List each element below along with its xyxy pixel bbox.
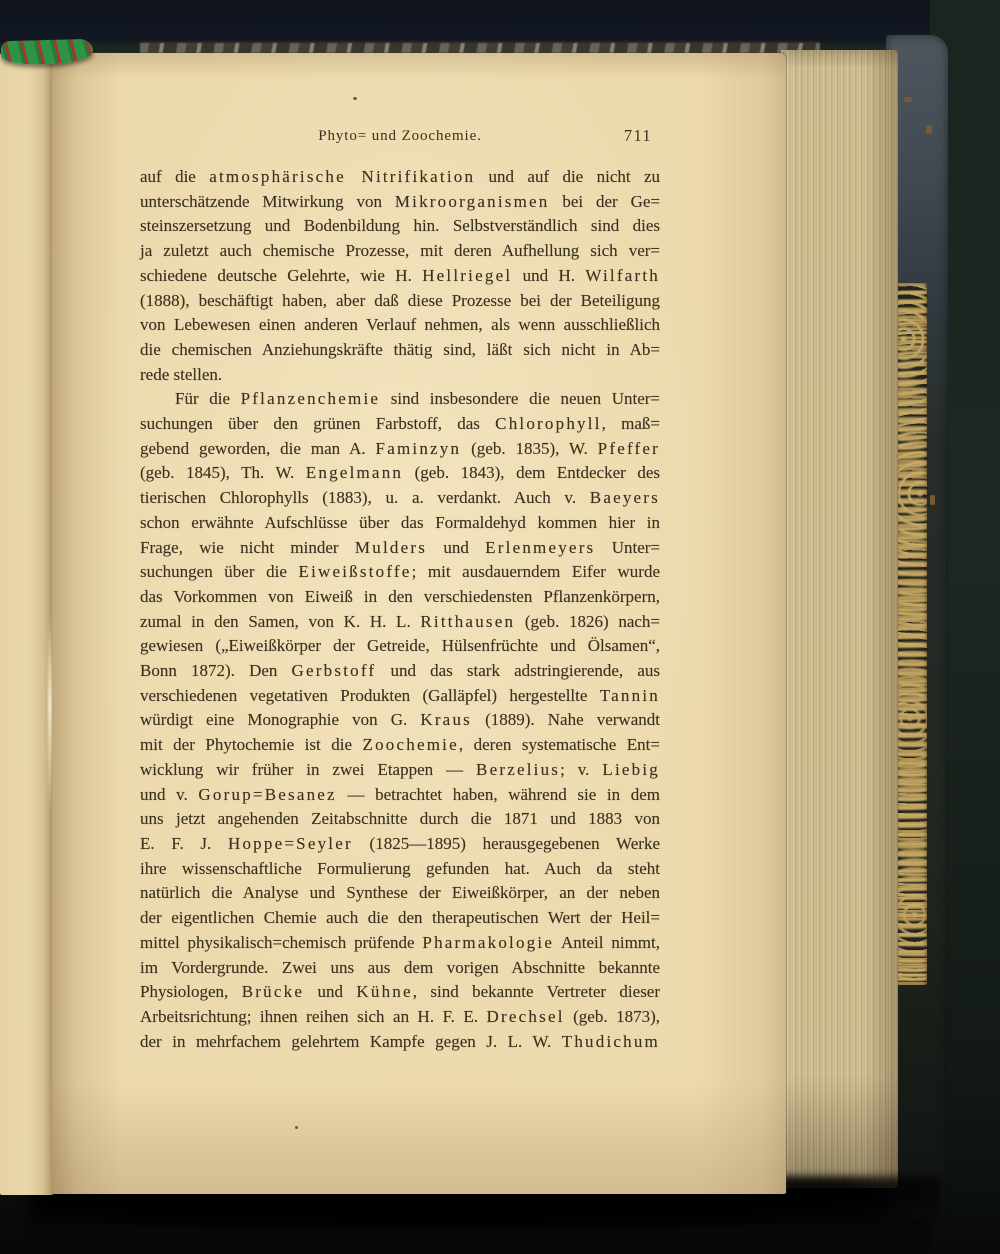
- text-run: (geb. 1845), Th. W.: [140, 463, 306, 482]
- letterspaced-text: Brücke: [242, 982, 304, 1001]
- text-line: natürlich die Analyse und Synthese der E…: [140, 881, 660, 906]
- text-line: mittel physikalisch=chemisch prüfende Ph…: [140, 931, 660, 956]
- text-run: unterschätzende Mitwirkung von: [140, 192, 395, 211]
- text-run: und v.: [140, 785, 198, 804]
- letterspaced-text: Hoppe=Seyler: [228, 834, 353, 853]
- text-run: zumal in den Samen, von K. H. L.: [140, 612, 420, 631]
- marbled-paper-strip: [896, 283, 927, 985]
- text-run: (1889). Nahe verwandt: [472, 710, 660, 729]
- text-line: ihre wissenschaftliche Formulierung gefu…: [140, 857, 660, 882]
- letterspaced-text: Baeyers: [590, 488, 660, 507]
- text-run: und H.: [512, 266, 585, 285]
- letterspaced-text: Thudichum: [562, 1032, 660, 1051]
- text-run: (1888), beschäftigt haben, aber daß dies…: [140, 291, 660, 310]
- text-line: suchungen über die Eiweißstoffe; mit aus…: [140, 560, 660, 585]
- text-line: Frage, wie nicht minder Mulders und Erle…: [140, 536, 660, 561]
- text-run: tierischen Chlorophylls (1883), u. a. ve…: [140, 488, 590, 507]
- text-run: (geb. 1873),: [565, 1007, 660, 1026]
- book-page: Phyto= und Zoochemie. 711 auf die atmosp…: [52, 53, 786, 1194]
- text-line: gewiesen („Eiweißkörper der Getreide, Hü…: [140, 634, 660, 659]
- letterspaced-text: Kühne: [356, 982, 412, 1001]
- text-line: gebend geworden, die man A. Faminzyn (ge…: [140, 437, 660, 462]
- text-run: mittel physikalisch=chemisch prüfende: [140, 933, 422, 952]
- letterspaced-text: Faminzyn: [376, 439, 462, 458]
- letterspaced-text: Mulders: [355, 538, 427, 557]
- text-line: rede stellen.: [140, 363, 660, 388]
- text-body: auf die atmosphärische Nitrifikation und…: [140, 165, 660, 1054]
- letterspaced-text: Tannin: [600, 686, 660, 705]
- text-line: auf die atmosphärische Nitrifikation und…: [140, 165, 660, 190]
- text-run: (geb. 1843), dem Entdecker des: [403, 463, 660, 482]
- text-line: von Lebewesen einen anderen Verlauf nehm…: [140, 313, 660, 338]
- book-photo-scene: Phyto= und Zoochemie. 711 auf die atmosp…: [0, 0, 1000, 1254]
- text-run: die chemischen Anziehungskräfte thätig s…: [140, 340, 660, 359]
- text-line: unterschätzende Mitwirkung von Mikroorga…: [140, 190, 660, 215]
- letterspaced-text: Drechsel: [487, 1007, 565, 1026]
- letterspaced-text: Berzelius: [476, 760, 560, 779]
- text-run: Physiologen,: [140, 982, 242, 1001]
- text-run: Arbeitsrichtung; ihnen reihen sich an H.…: [140, 1007, 487, 1026]
- text-run: gebend geworden, die man A.: [140, 439, 376, 458]
- text-run: das Vorkommen von Eiweiß in den verschie…: [140, 587, 660, 606]
- text-run: und auf die nicht zu: [475, 167, 660, 186]
- letterspaced-text: Zoochemie: [363, 735, 459, 754]
- text-line: der eigentlichen Chemie auch die den the…: [140, 906, 660, 931]
- text-run: Anteil nimmt,: [554, 933, 660, 952]
- text-line: suchungen über den grünen Farbstoff, das…: [140, 412, 660, 437]
- cover-fleck: [930, 495, 935, 505]
- letterspaced-text: Pflanzenchemie: [241, 389, 381, 408]
- letterspaced-text: Chlorophyll: [495, 414, 601, 433]
- text-line: tierischen Chlorophylls (1883), u. a. ve…: [140, 486, 660, 511]
- letterspaced-text: Liebig: [602, 760, 660, 779]
- text-line: uns jetzt angehenden Zeitabschnitte durc…: [140, 807, 660, 832]
- text-run: Frage, wie nicht minder: [140, 538, 355, 557]
- text-run: uns jetzt angehenden Zeitabschnitte durc…: [140, 809, 660, 828]
- text-run: auf die: [140, 167, 209, 186]
- letterspaced-text: Gorup=Besanez: [198, 785, 336, 804]
- letterspaced-text: Wilfarth: [585, 266, 660, 285]
- text-run: von Lebewesen einen anderen Verlauf nehm…: [140, 315, 660, 334]
- text-run: ; mit ausdauerndem Eifer wurde: [412, 562, 660, 581]
- text-run: der in mehrfachem gelehrtem Kampfe gegen…: [140, 1032, 562, 1051]
- ink-speck: [353, 97, 357, 100]
- letterspaced-text: Gerbstoff: [292, 661, 377, 680]
- text-run: (geb. 1835), W.: [461, 439, 597, 458]
- text-run: (1825—1895) herausgegebenen Werke: [353, 834, 660, 853]
- text-line: schon erwähnte Aufschlüsse über das Form…: [140, 511, 660, 536]
- text-run: der eigentlichen Chemie auch die den the…: [140, 908, 660, 927]
- text-line: (geb. 1845), Th. W. Engelmann (geb. 1843…: [140, 461, 660, 486]
- text-line: E. F. J. Hoppe=Seyler (1825—1895) heraus…: [140, 832, 660, 857]
- text-run: schiedene deutsche Gelehrte, wie H.: [140, 266, 422, 285]
- text-run: Unter=: [595, 538, 660, 557]
- text-run: und: [427, 538, 485, 557]
- letterspaced-text: Erlenmeyers: [485, 538, 595, 557]
- text-run: im Vordergrunde. Zwei uns aus dem vorige…: [140, 958, 660, 977]
- letterspaced-text: Pharmakologie: [422, 933, 554, 952]
- letterspaced-text: Eiweißstoffe: [298, 562, 411, 581]
- text-run: ja zuletzt auch chemische Prozesse, mit …: [140, 241, 660, 260]
- text-run: — betrachtet haben, während sie in dem: [337, 785, 660, 804]
- text-run: , sind bekannte Vertreter dieser: [413, 982, 660, 1001]
- text-line: und v. Gorup=Besanez — betrachtet haben,…: [140, 783, 660, 808]
- ink-speck: [295, 1126, 298, 1129]
- text-line: der in mehrfachem gelehrtem Kampfe gegen…: [140, 1030, 660, 1055]
- text-line: das Vorkommen von Eiweiß in den verschie…: [140, 585, 660, 610]
- text-run: ihre wissenschaftliche Formulierung gefu…: [140, 859, 660, 878]
- text-line: mit der Phytochemie ist die Zoochemie, d…: [140, 733, 660, 758]
- text-line: schiedene deutsche Gelehrte, wie H. Hell…: [140, 264, 660, 289]
- text-run: ; v.: [560, 760, 602, 779]
- letterspaced-text: Pfeffer: [598, 439, 660, 458]
- text-line: Physiologen, Brücke und Kühne, sind beka…: [140, 980, 660, 1005]
- text-line: zumal in den Samen, von K. H. L. Ritthau…: [140, 610, 660, 635]
- page-number: 711: [624, 124, 652, 148]
- text-line: Für die Pflanzenchemie sind insbesondere…: [140, 387, 660, 412]
- text-run: , maß=: [602, 414, 660, 433]
- text-run: Bonn 1872). Den: [140, 661, 292, 680]
- letterspaced-text: atmosphärische Nitrifikation: [209, 167, 475, 186]
- running-head-title: Phyto= und Zoochemie.: [140, 124, 660, 148]
- text-run: steinszersetzung und Bodenbildung hin. S…: [140, 216, 660, 235]
- text-run: mit der Phytochemie ist die: [140, 735, 363, 754]
- text-line: verschiedenen vegetativen Produkten (Gal…: [140, 684, 660, 709]
- text-line: die chemischen Anziehungskräfte thätig s…: [140, 338, 660, 363]
- letterspaced-text: Mikroorganismen: [395, 192, 550, 211]
- text-run: sind insbesondere die neuen Unter=: [380, 389, 660, 408]
- text-line: (1888), beschäftigt haben, aber daß dies…: [140, 289, 660, 314]
- text-run: Für die: [175, 389, 241, 408]
- text-line: Bonn 1872). Den Gerbstoff und das stark …: [140, 659, 660, 684]
- text-run: bei der Ge=: [550, 192, 661, 211]
- text-line: würdigt eine Monographie von G. Kraus (1…: [140, 708, 660, 733]
- text-run: gewiesen („Eiweißkörper der Getreide, Hü…: [140, 636, 660, 655]
- cover-fleck: [904, 97, 912, 102]
- letterspaced-text: Engelmann: [306, 463, 403, 482]
- letterspaced-text: Kraus: [420, 710, 472, 729]
- text-run: E. F. J.: [140, 834, 228, 853]
- text-line: Arbeitsrichtung; ihnen reihen sich an H.…: [140, 1005, 660, 1030]
- text-run: verschiedenen vegetativen Produkten (Gal…: [140, 686, 600, 705]
- running-head: Phyto= und Zoochemie. 711: [140, 124, 660, 148]
- text-run: natürlich die Analyse und Synthese der E…: [140, 883, 660, 902]
- text-run: suchungen über die: [140, 562, 298, 581]
- text-line: im Vordergrunde. Zwei uns aus dem vorige…: [140, 956, 660, 981]
- text-run: rede stellen.: [140, 365, 222, 384]
- text-run: schon erwähnte Aufschlüsse über das Form…: [140, 513, 660, 532]
- cover-fleck: [926, 125, 932, 134]
- letterspaced-text: Hellriegel: [422, 266, 512, 285]
- letterspaced-text: Ritthausen: [420, 612, 515, 631]
- text-line: ja zuletzt auch chemische Prozesse, mit …: [140, 239, 660, 264]
- text-run: und: [304, 982, 356, 1001]
- text-run: suchungen über den grünen Farbstoff, das: [140, 414, 495, 433]
- text-run: würdigt eine Monographie von G.: [140, 710, 420, 729]
- text-run: wicklung wir früher in zwei Etappen —: [140, 760, 476, 779]
- facing-page-sliver: [0, 53, 53, 1195]
- text-line: wicklung wir früher in zwei Etappen — Be…: [140, 758, 660, 783]
- text-run: (geb. 1826) nach=: [515, 612, 660, 631]
- text-run: , deren systematische Ent=: [459, 735, 660, 754]
- text-line: steinszersetzung und Bodenbildung hin. S…: [140, 214, 660, 239]
- text-run: und das stark adstringierende, aus: [376, 661, 660, 680]
- fore-edge-page-stack: [781, 50, 898, 1188]
